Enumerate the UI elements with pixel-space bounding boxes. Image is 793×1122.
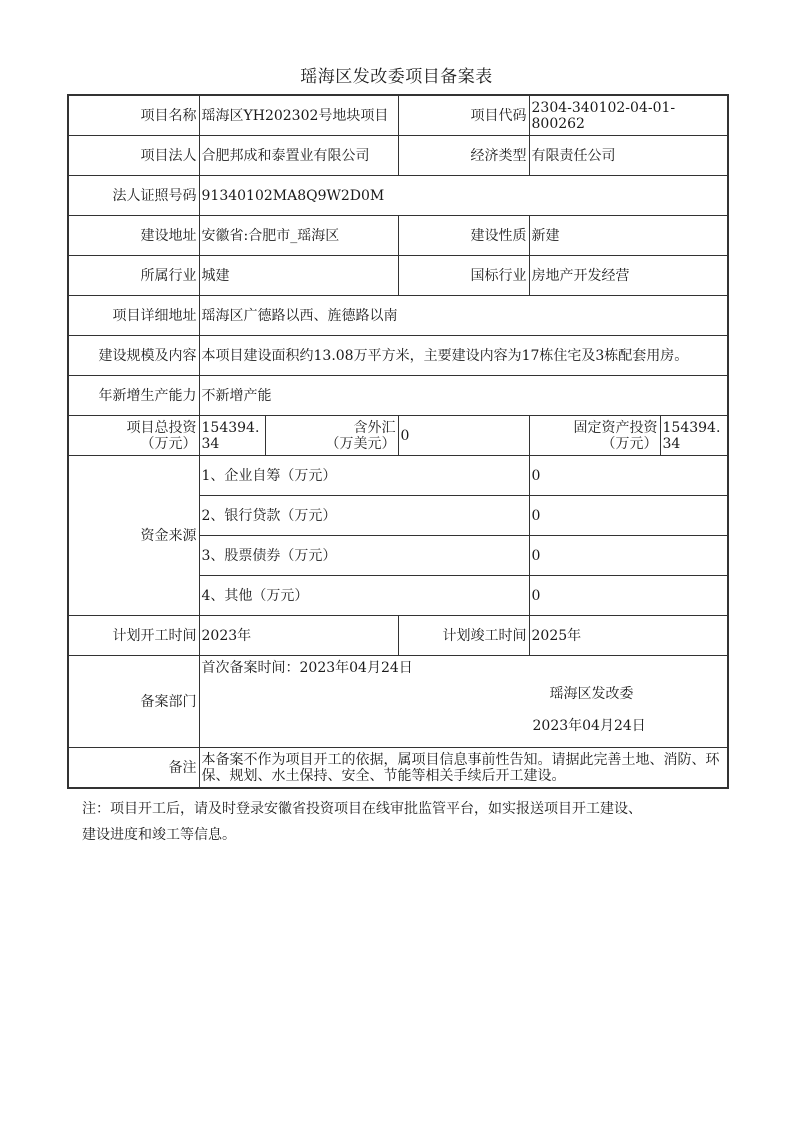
total-investment-label-line2: （万元） — [71, 436, 197, 452]
legal-person-label: 项目法人 — [68, 136, 199, 176]
row-legal-person: 项目法人 合肥邦成和泰置业有限公司 经济类型 有限责任公司 — [68, 136, 728, 176]
row-detailed-address: 项目详细地址 瑶海区广德路以西、旌德路以南 — [68, 296, 728, 336]
planned-start-value: 2023年 — [199, 616, 398, 656]
first-filing-time: 首次备案时间：2023年04月24日 — [202, 660, 413, 676]
legal-person-value: 合肥邦成和泰置业有限公司 — [199, 136, 398, 176]
remarks-label: 备注 — [68, 748, 199, 789]
fixed-asset-label-line2: （万元） — [532, 436, 658, 452]
row-schedule: 计划开工时间 2023年 计划竣工时间 2025年 — [68, 616, 728, 656]
total-investment-label: 项目总投资 （万元） — [68, 416, 199, 456]
funding-item-label: 4、其他（万元） — [199, 576, 529, 616]
total-investment-label-line1: 项目总投资 — [71, 420, 197, 436]
new-capacity-value: 不新增产能 — [199, 376, 728, 416]
row-new-capacity: 年新增生产能力 不新增产能 — [68, 376, 728, 416]
fixed-asset-value-line2: 34 — [663, 436, 726, 452]
new-capacity-label: 年新增生产能力 — [68, 376, 199, 416]
foreign-exchange-label-line2: （万美元） — [268, 436, 396, 452]
scale-content-label: 建设规模及内容 — [68, 336, 199, 376]
filing-department-content: 首次备案时间：2023年04月24日 瑶海区发改委 2023年04月24日 — [199, 656, 728, 748]
national-industry-label: 国标行业 — [398, 256, 529, 296]
row-industry: 所属行业 城建 国标行业 房地产开发经营 — [68, 256, 728, 296]
filing-department-label: 备案部门 — [68, 656, 199, 748]
foreign-exchange-value: 0 — [398, 416, 529, 456]
row-address: 建设地址 安徽省:合肥市_瑶海区 建设性质 新建 — [68, 216, 728, 256]
national-industry-value: 房地产开发经营 — [529, 256, 728, 296]
fixed-asset-value-line1: 154394. — [663, 420, 726, 436]
project-name-label: 项目名称 — [68, 95, 199, 136]
row-project-name: 项目名称 瑶海区YH202302号地块项目 项目代码 2304-340102-0… — [68, 95, 728, 136]
row-scale-content: 建设规模及内容 本项目建设面积约13.08万平方米，主要建设内容为17栋住宅及3… — [68, 336, 728, 376]
detailed-address-label: 项目详细地址 — [68, 296, 199, 336]
row-license: 法人证照号码 91340102MA8Q9W2D0M — [68, 176, 728, 216]
fixed-asset-label-line1: 固定资产投资 — [532, 420, 658, 436]
footnote: 注：项目开工后，请及时登录安徽省投资项目在线审批监管平台，如实报送项目开工建设、… — [82, 796, 732, 848]
funding-item-value: 0 — [529, 576, 728, 616]
project-code-label: 项目代码 — [398, 95, 529, 136]
filing-form-table: 项目名称 瑶海区YH202302号地块项目 项目代码 2304-340102-0… — [67, 94, 729, 789]
economic-type-value: 有限责任公司 — [529, 136, 728, 176]
construction-address-value: 安徽省:合肥市_瑶海区 — [199, 216, 398, 256]
planned-completion-value: 2025年 — [529, 616, 728, 656]
license-label: 法人证照号码 — [68, 176, 199, 216]
funding-sources-label: 资金来源 — [68, 456, 199, 616]
construction-nature-label: 建设性质 — [398, 216, 529, 256]
economic-type-label: 经济类型 — [398, 136, 529, 176]
funding-item-label: 2、银行贷款（万元） — [199, 496, 529, 536]
footnote-line2: 建设进度和竣工等信息。 — [82, 822, 732, 848]
funding-item-value: 0 — [529, 456, 728, 496]
row-filing-department: 备案部门 首次备案时间：2023年04月24日 瑶海区发改委 2023年04月2… — [68, 656, 728, 748]
remarks-value: 本备案不作为项目开工的依据，属项目信息事前性告知。请据此完善土地、消防、环保、规… — [199, 748, 728, 789]
footnote-line1: 注：项目开工后，请及时登录安徽省投资项目在线审批监管平台，如实报送项目开工建设、 — [82, 796, 732, 822]
project-name-value: 瑶海区YH202302号地块项目 — [199, 95, 398, 136]
planned-start-label: 计划开工时间 — [68, 616, 199, 656]
scale-content-value: 本项目建设面积约13.08万平方米，主要建设内容为17栋住宅及3栋配套用房。 — [199, 336, 728, 376]
total-investment-value: 154394. 34 — [199, 416, 265, 456]
construction-address-label: 建设地址 — [68, 216, 199, 256]
filing-date: 2023年04月24日 — [533, 718, 646, 734]
detailed-address-value: 瑶海区广德路以西、旌德路以南 — [199, 296, 728, 336]
total-investment-value-line1: 154394. — [202, 420, 263, 436]
fixed-asset-label: 固定资产投资 （万元） — [529, 416, 660, 456]
planned-completion-label: 计划竣工时间 — [398, 616, 529, 656]
row-funding-1: 资金来源 1、企业自筹（万元） 0 — [68, 456, 728, 496]
total-investment-value-line2: 34 — [202, 436, 263, 452]
funding-item-label: 1、企业自筹（万元） — [199, 456, 529, 496]
funding-item-value: 0 — [529, 496, 728, 536]
license-value: 91340102MA8Q9W2D0M — [199, 176, 728, 216]
funding-item-label: 3、股票债券（万元） — [199, 536, 529, 576]
industry-label: 所属行业 — [68, 256, 199, 296]
filing-organization: 瑶海区发改委 — [550, 686, 634, 702]
project-code-value: 2304-340102-04-01-800262 — [529, 95, 728, 136]
fixed-asset-value: 154394. 34 — [660, 416, 728, 456]
row-remarks: 备注 本备案不作为项目开工的依据，属项目信息事前性告知。请据此完善土地、消防、环… — [68, 748, 728, 789]
construction-nature-value: 新建 — [529, 216, 728, 256]
row-investment: 项目总投资 （万元） 154394. 34 含外汇 （万美元） 0 固定资产投资… — [68, 416, 728, 456]
foreign-exchange-label-line1: 含外汇 — [268, 420, 396, 436]
industry-value: 城建 — [199, 256, 398, 296]
funding-item-value: 0 — [529, 536, 728, 576]
foreign-exchange-label: 含外汇 （万美元） — [265, 416, 398, 456]
document-title: 瑶海区发改委项目备案表 — [0, 62, 793, 87]
